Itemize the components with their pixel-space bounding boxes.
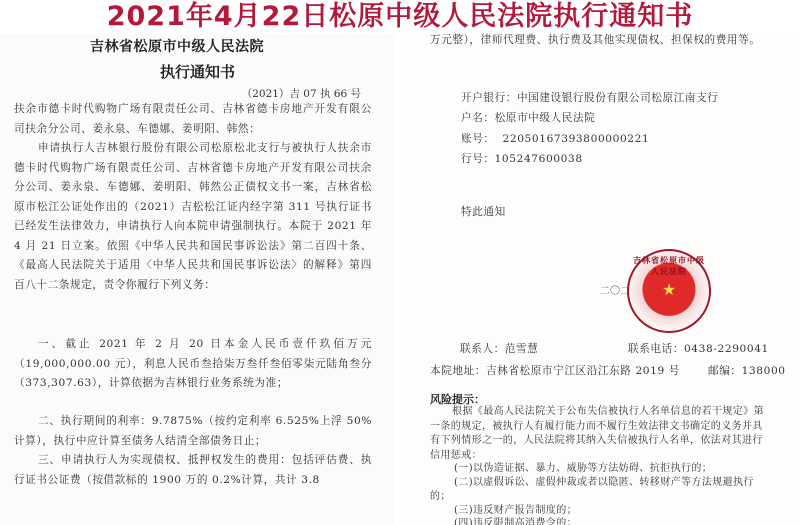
court-name: 吉林省松原市中级人民法院 <box>90 36 264 56</box>
risk-item-continued: 的； <box>430 490 451 504</box>
postcode-value: 138000 <box>742 365 786 377</box>
contact-phone: 联系电话：0438-2290041 <box>628 340 769 359</box>
phone-value: 0438-2290041 <box>684 343 769 355</box>
bank-info-account-no: 账号： 22050167393800000221 <box>461 130 649 149</box>
court-seal: 吉林省松原市中级人民法院 ★ <box>627 249 711 333</box>
open-bank-value: 中国建设银行股份有限公司松原江南支行 <box>517 92 719 104</box>
obligation-item-2: 二、执行期间的利率：9.7875%（按约定利率 6.525%上浮 50%计算），… <box>14 412 372 451</box>
document-page-left: 吉林省松原市中级人民法院 执行通知书 （2021）吉 07 执 66 号 扶余市… <box>0 34 395 525</box>
risk-item: (二)以虚假诉讼、虚假仲裁或者以隐匿、转移财产等方法规避执行 <box>454 476 754 490</box>
contact-name: 范雪慧 <box>505 343 539 355</box>
account-no-label: 账号： <box>461 133 495 145</box>
account-no-value: 22050167393800000221 <box>503 133 650 145</box>
headline-title: 2021年4月22日松原中级人民法院执行通知书 <box>0 0 800 34</box>
bank-info-bank-code: 行号：105247600038 <box>461 150 583 169</box>
obligation-item-3: 三、申请执行人为实现债权、抵押权发生的费用：包括评估费、执行证书公证费（按借款标… <box>14 451 372 490</box>
bank-code-value: 105247600038 <box>495 153 583 165</box>
risk-item: (三)违反财产报告制度的； <box>454 504 577 518</box>
postcode-label: 邮编： <box>708 365 742 377</box>
address-value: 吉林省松原市宁江区沿江东路 2019 号 <box>486 365 680 377</box>
risk-item: (一)以伪造证据、暴力、威胁等方法妨碍、抗拒执行的； <box>454 462 712 476</box>
body-paragraph: 申请执行人吉林银行股份有限公司松原松北支行与被执行人扶余市德卡时代购物广场有限责… <box>14 139 372 295</box>
address-label: 本院地址： <box>430 365 486 377</box>
notice-closing: 特此通知 <box>461 203 506 222</box>
seal-text: 吉林省松原市中级人民法院 <box>629 255 709 277</box>
open-bank-label: 开户银行： <box>461 92 517 104</box>
risk-item: (四)违反限制高消费令的； <box>454 517 577 525</box>
bank-code-label: 行号： <box>461 153 495 165</box>
account-name-label: 户名： <box>461 112 495 124</box>
national-emblem-icon: ★ <box>662 282 676 298</box>
obligation-item-3-continued: 万元整），律师代理费、执行费及其他实现债权、担保权的费用等。 <box>430 30 770 50</box>
addressee: 扶余市德卡时代购物广场有限责任公司、吉林省德卡房地产开发有限公司扶余分公司、姜永… <box>14 100 372 139</box>
court-address: 本院地址：吉林省松原市宁江区沿江东路 2019 号 <box>430 362 680 381</box>
postcode: 邮编：138000 <box>708 362 786 381</box>
phone-label: 联系电话： <box>628 343 684 355</box>
contact-person: 联系人：范雪慧 <box>460 340 538 359</box>
risk-warning-intro: 根据《最高人民法院关于公布失信被执行人名单信息的若干规定》第一条的规定，被执行人… <box>430 405 770 463</box>
account-name-value: 松原市中级人民法院 <box>495 112 596 124</box>
case-number: （2021）吉 07 执 66 号 <box>242 86 361 101</box>
doc-title: 执行通知书 <box>0 61 395 82</box>
contact-label: 联系人： <box>460 343 505 355</box>
obligation-item-1: 一、截止 2021 年 2 月 20 日本金人民币壹仟玖佰万元（19,000,0… <box>14 335 372 394</box>
bank-info-account-name: 户名：松原市中级人民法院 <box>461 109 595 128</box>
bank-info-open-bank: 开户银行：中国建设银行股份有限公司松原江南支行 <box>461 89 718 108</box>
